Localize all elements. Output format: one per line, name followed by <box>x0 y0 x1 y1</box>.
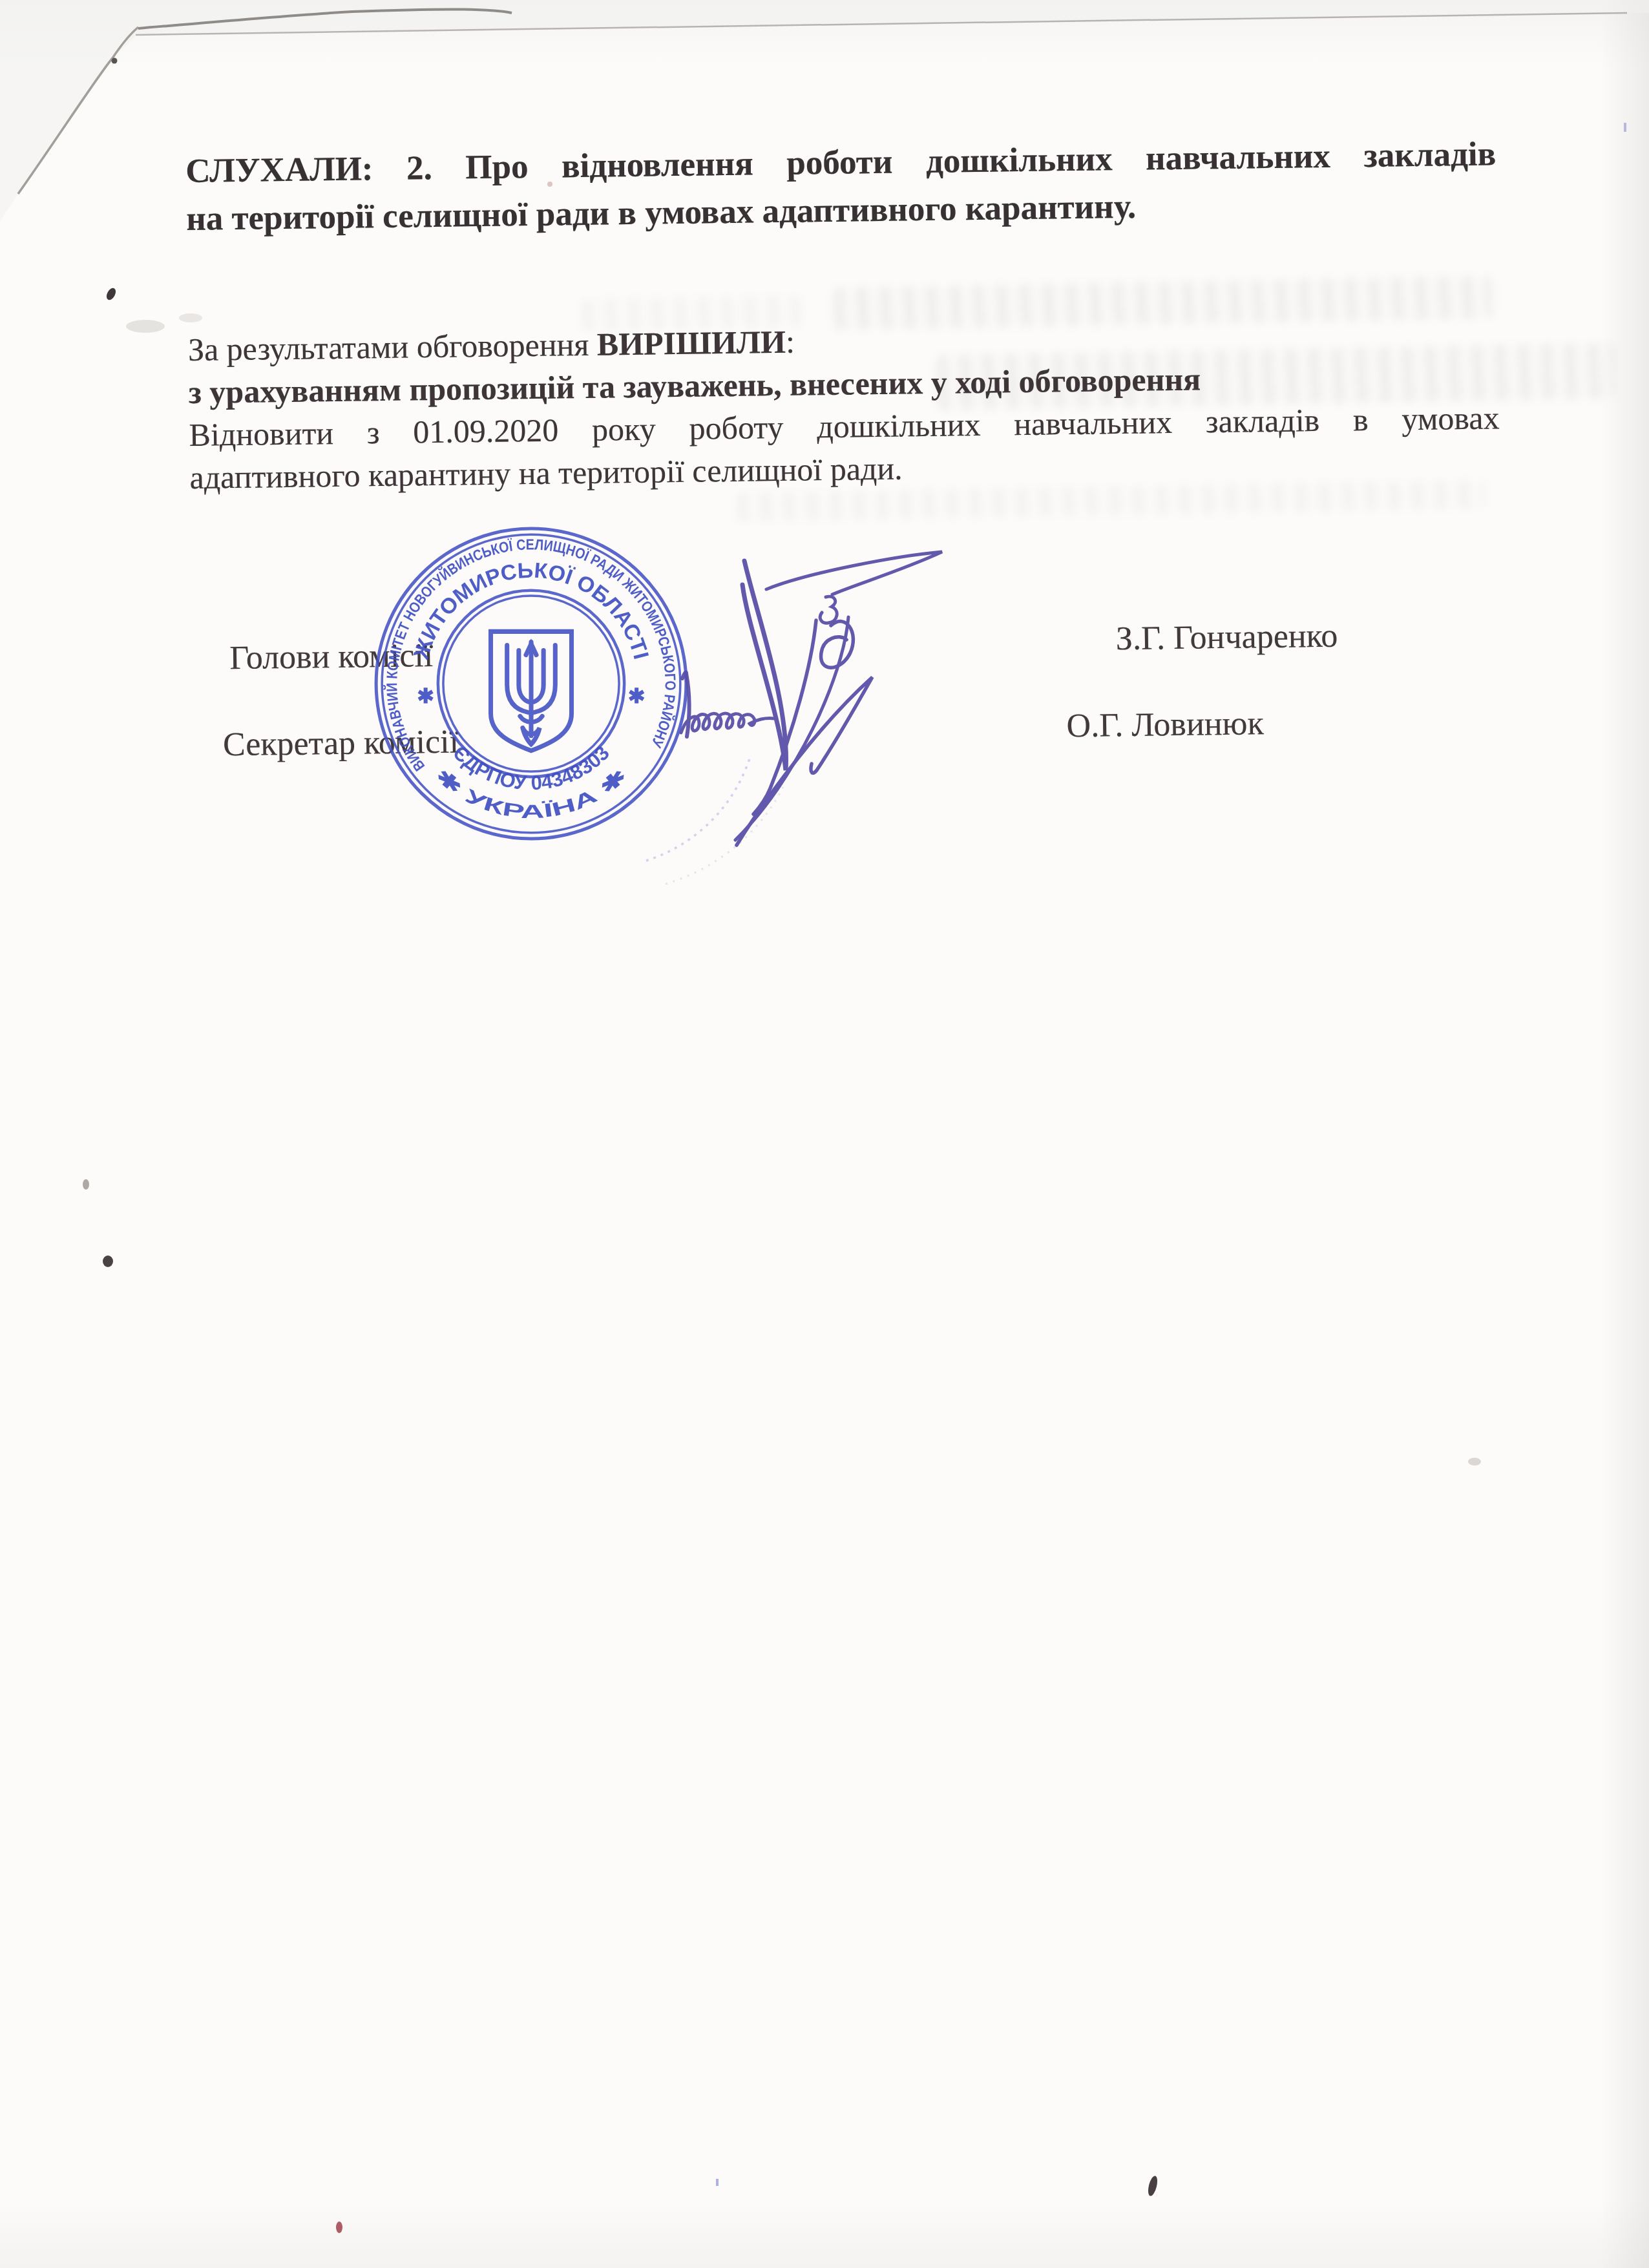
stamp-separator-left: ✱ <box>417 684 434 708</box>
handwritten-signatures <box>653 530 963 866</box>
trident-right-inner <box>534 651 543 702</box>
signatory-name: З.Г. Гончаренко <box>1116 617 1338 658</box>
agenda-heading: СЛУХАЛИ: 2. Про відновлення роботи дошкі… <box>185 130 1497 243</box>
official-round-stamp: ВИКОНАВЧИЙ КОМІТЕТ НОВОГУЙВИНСЬКОЇ СЕЛИЩ… <box>368 521 694 846</box>
scanned-document-page: СЛУХАЛИ: 2. Про відновлення роботи дошкі… <box>0 0 1649 2268</box>
resolution-intro-text: За результатами обговорення <box>188 326 598 368</box>
resolution-paragraph: За результатами обговорення ВИРІШИЛИ: з … <box>187 311 1500 499</box>
resolution-decided-word: ВИРІШИЛИ <box>596 324 786 362</box>
trident-left-inner <box>519 651 529 702</box>
signature-lovyniuk <box>681 620 872 845</box>
stamp-separator-right: ✱ <box>628 684 646 708</box>
document-text-block: СЛУХАЛИ: 2. Про відновлення роботи дошкі… <box>0 0 1649 2268</box>
signatory-name: О.Г. Ловинюк <box>1066 704 1264 745</box>
resolution-intro-colon: : <box>786 324 795 360</box>
trident-emblem-icon <box>491 631 572 750</box>
